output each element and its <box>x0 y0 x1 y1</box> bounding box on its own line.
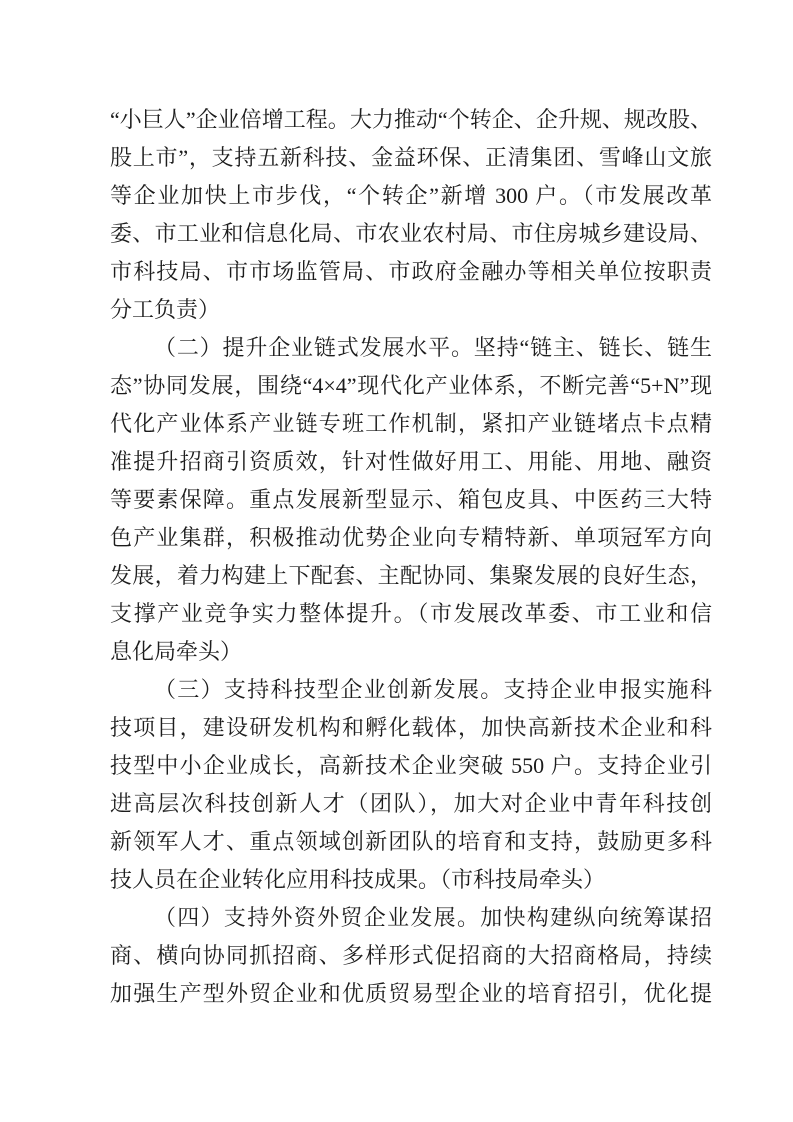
text-line-section-start: （二）提升企业链式发展水平。坚持“链主、链长、链生 <box>110 329 712 367</box>
text-line: 态”协同发展，围绕“4×4”现代化产业体系，不断完善“5+N”现 <box>110 367 712 405</box>
text-line: 股上市”，支持五新科技、金益环保、正清集团、雪峰山文旅 <box>110 139 712 177</box>
text-line-paragraph-end: 息化局牵头） <box>110 633 712 671</box>
text-line: 准提升招商引资质效，针对性做好用工、用能、用地、融资 <box>110 443 712 481</box>
text-line: 等企业加快上市步伐，“个转企”新增 300 户。（市发展改革 <box>110 177 712 215</box>
text-line: 技型中小企业成长，高新技术企业突破 550 户。支持企业引 <box>110 747 712 785</box>
text-line: 委、市工业和信息化局、市农业农村局、市住房城乡建设局、 <box>110 215 712 253</box>
text-line: 代化产业体系产业链专班工作机制，紧扣产业链堵点卡点精 <box>110 405 712 443</box>
text-line: 支撑产业竞争实力整体提升。（市发展改革委、市工业和信 <box>110 595 712 633</box>
text-line: 色产业集群，积极推动优势企业向专精特新、单项冠军方向 <box>110 519 712 557</box>
text-line-section-start: （四）支持外资外贸企业发展。加快构建纵向统筹谋招 <box>110 899 712 937</box>
text-line-paragraph-end: 技人员在企业转化应用科技成果。（市科技局牵头） <box>110 861 712 899</box>
text-line-section-start: （三）支持科技型企业创新发展。支持企业申报实施科 <box>110 671 712 709</box>
text-line: 商、横向协同抓招商、多样形式促招商的大招商格局，持续 <box>110 937 712 975</box>
text-line: 加强生产型外贸企业和优质贸易型企业的培育招引，优化提 <box>110 975 712 1013</box>
text-line: 技项目，建设研发机构和孵化载体，加快高新技术企业和科 <box>110 709 712 747</box>
text-line: 等要素保障。重点发展新型显示、箱包皮具、中医药三大特 <box>110 481 712 519</box>
text-line: 进高层次科技创新人才（团队），加大对企业中青年科技创 <box>110 785 712 823</box>
text-line: “小巨人”企业倍增工程。大力推动“个转企、企升规、规改股、 <box>110 101 712 139</box>
text-line: 新领军人才、重点领域创新团队的培育和支持，鼓励更多科 <box>110 823 712 861</box>
text-line: 发展，着力构建上下配套、主配协同、集聚发展的良好生态， <box>110 557 712 595</box>
text-line-paragraph-end: 分工负责） <box>110 291 712 329</box>
document-page: “小巨人”企业倍增工程。大力推动“个转企、企升规、规改股、 股上市”，支持五新科… <box>110 101 712 1013</box>
text-line: 市科技局、市市场监管局、市政府金融办等相关单位按职责 <box>110 253 712 291</box>
